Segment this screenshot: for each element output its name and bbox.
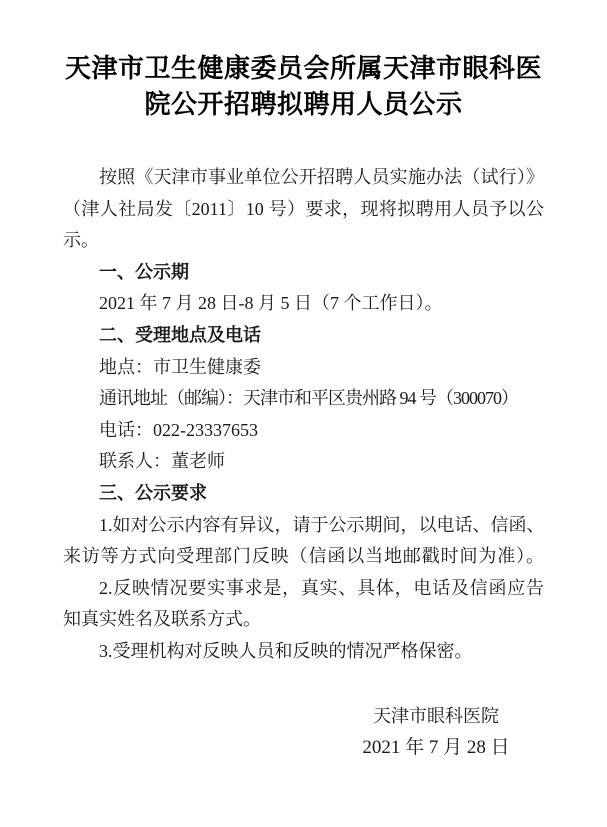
- intro-line-1: 按照《天津市事业单位公开招聘人员实施办法（试行）》: [63, 162, 544, 194]
- section1-period: 2021 年 7 月 28 日-8 月 5 日（7 个工作日）。: [63, 288, 544, 320]
- section2-phone: 电话：022-23337653: [63, 415, 544, 447]
- signature-block: 天津市眼科医院 2021 年 7 月 28 日: [336, 700, 536, 764]
- section2-location: 地点：市卫生健康委: [63, 352, 544, 384]
- section3-item1-line1: 1.如对公示内容有异议，请于公示期间，以电话、信函、: [63, 510, 544, 542]
- section2-contact: 联系人：董老师: [63, 446, 544, 478]
- section3-item2-line1: 2.反映情况要实事求是，真实、具体，电话及信函应告: [63, 573, 544, 605]
- document-title: 天津市卫生健康委员会所属天津市眼科医院公开招聘拟聘用人员公示: [63, 50, 544, 122]
- section3-item1-line2: 来访等方式向受理部门反映（信函以当地邮戳时间为准）。: [63, 541, 544, 573]
- section1-heading: 一、公示期: [63, 257, 544, 289]
- signature-date: 2021 年 7 月 28 日: [336, 732, 536, 764]
- section3-item3: 3.受理机构对反映人员和反映的情况严格保密。: [63, 636, 544, 668]
- signature-org: 天津市眼科医院: [336, 700, 536, 732]
- intro-line-2: （津人社局发〔2011〕10 号）要求，现将拟聘用人员予以公: [63, 194, 544, 226]
- section2-heading: 二、受理地点及电话: [63, 320, 544, 352]
- section3-heading: 三、公示要求: [63, 478, 544, 510]
- intro-line-3: 示。: [63, 225, 544, 257]
- document-page: 天津市卫生健康委员会所属天津市眼科医院公开招聘拟聘用人员公示 按照《天津市事业单…: [0, 0, 607, 827]
- section3-item2-line2: 知真实姓名及联系方式。: [63, 604, 544, 636]
- section2-address: 通讯地址（邮编）：天津市和平区贵州路 94 号（300070）: [63, 383, 544, 415]
